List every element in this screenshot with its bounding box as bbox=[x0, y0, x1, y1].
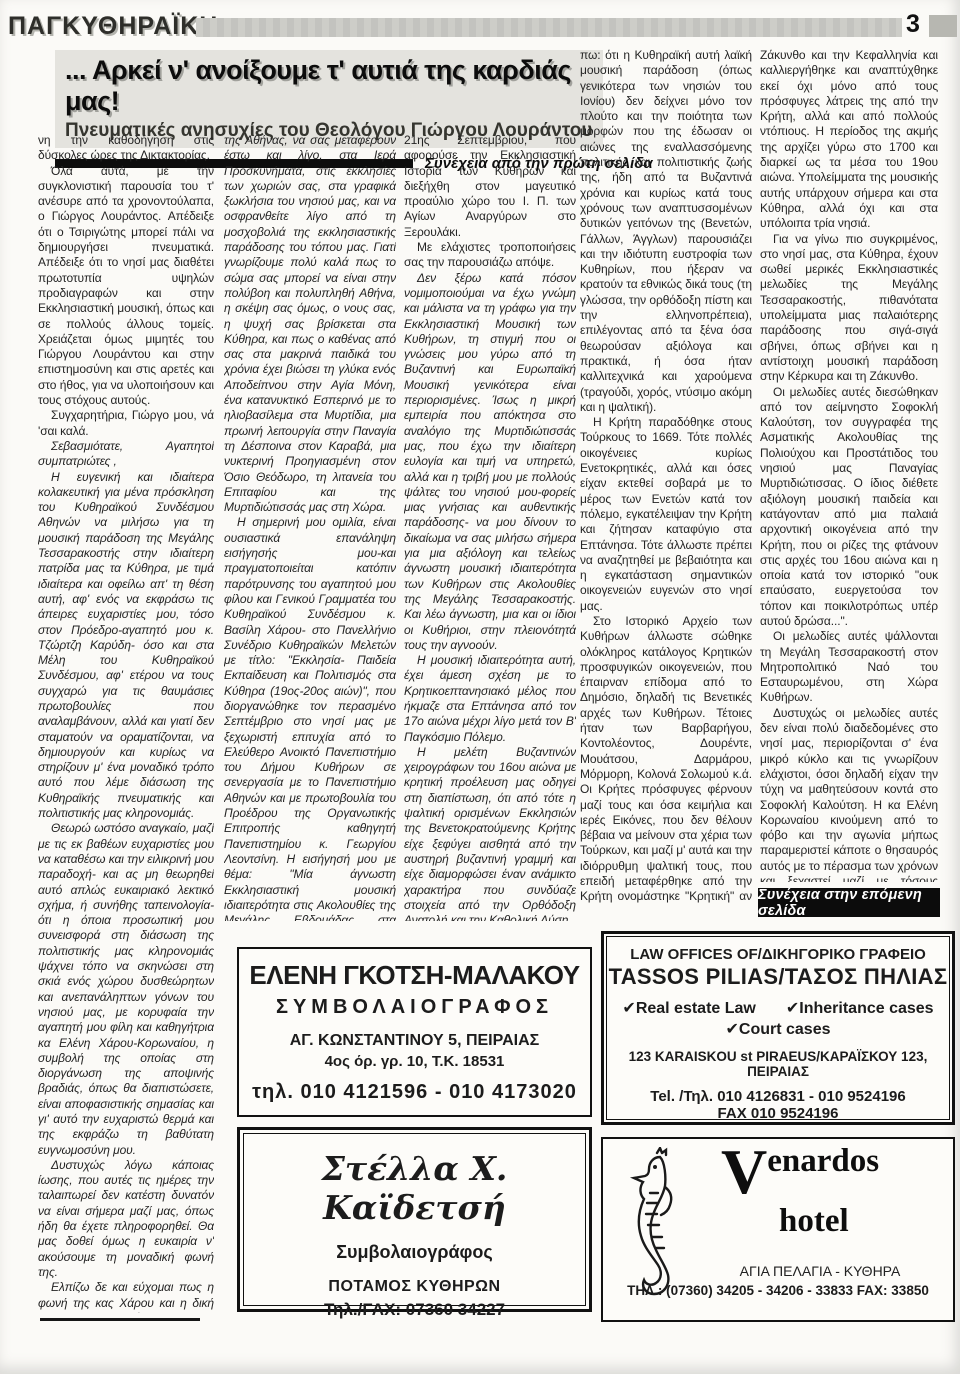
ad-notary-kaidetsi: Στέλλα Χ. Καϊδετσή Συμβολαιογράφος ΠΟΤΑΜ… bbox=[237, 1127, 592, 1312]
check-icon: ✔ bbox=[726, 1021, 739, 1038]
ad-phone: Tel. /Τηλ. 010 4126831 - 010 9524196 bbox=[607, 1088, 949, 1105]
masthead-strip bbox=[196, 18, 902, 37]
article-paragraph: Η σημερινή μου ομιλία, είναι ουσιαστικά … bbox=[224, 515, 396, 921]
advertiser-role: ΣΥΜΒΟΛΑΙΟΓΡΑΦΟΣ bbox=[239, 996, 590, 1019]
article-paragraph: Δεν ξέρω κατά πόσον νομιμοποιούμαι να έχ… bbox=[404, 271, 576, 653]
column-end-rule bbox=[40, 1318, 200, 1321]
article-paragraph: Με ελάχιστες τροποποιήσεις σας την παρου… bbox=[404, 240, 576, 271]
article-paragraph: Θεωρώ ωστόσο αναγκαίο, μαζί με τις εκ βα… bbox=[38, 821, 214, 1158]
ad-inner-frame: Στέλλα Χ. Καϊδετσή Συμβολαιογράφος ΠΟΤΑΜ… bbox=[243, 1133, 586, 1306]
article-paragraph: Ζάκυνθο και την Κεφαλληνία και καλλιεργή… bbox=[760, 48, 938, 232]
article-paragraph: Συγχαρητήρια, Γιώργο μου, νά 'σαι καλά. bbox=[38, 408, 214, 439]
article-column-2: της Αθήνας, να σας μεταφέρουν έστω και λ… bbox=[224, 133, 396, 921]
article-paragraph: Σεβασμιότατε, Αγαπητοί συμπατριώτες , bbox=[38, 439, 214, 470]
continuation-badge: Συνέχεια στην επόμενη σελίδα bbox=[758, 888, 940, 917]
hotel-name-rest: enardos bbox=[767, 1143, 879, 1179]
article-headline: ... Αρκεί ν' ανοίξουμε τ' αυτιά της καρδ… bbox=[65, 55, 593, 117]
check-icon: ✔ bbox=[622, 1000, 635, 1017]
ad-notary-gotsi-malakou: ΕΛΕΝΗ ΓΚΟΤΣΗ-ΜΑΛΑΚΟΥ ΣΥΜΒΟΛΑΙΟΓΡΑΦΟΣ ΑΓ.… bbox=[237, 947, 592, 1117]
advertiser-role: Συμβολαιογράφος bbox=[244, 1242, 585, 1263]
ad-venardos-hotel: Venardos hotel ΑΓΙΑ ΠΕΛΑΓΙΑ - ΚΥΘΗΡΑ ΤΗΛ… bbox=[601, 1137, 955, 1322]
article-paragraph: Οι μελωδίες αυτές διεσώθηκαν από τον αεί… bbox=[760, 385, 938, 630]
article-paragraph: Για να γίνω πιο συγκριμένος, στο νησί μα… bbox=[760, 232, 938, 385]
service-label: Inheritance cases bbox=[799, 1000, 933, 1017]
corner-block bbox=[929, 15, 957, 37]
service-item: ✔Inheritance cases bbox=[786, 998, 934, 1018]
ad-phone: τηλ. 010 4121596 - 010 4173020 bbox=[239, 1081, 590, 1104]
hotel-location: ΑΓΙΑ ΠΕΛΑΓΙΑ - ΚΥΘΗΡΑ bbox=[693, 1263, 947, 1279]
ad-inner-frame: LAW OFFICES OF/ΔΙΚΗΓΟΡΙΚΟ ΓΡΑΦΕΙΟ TASSOS… bbox=[606, 936, 950, 1120]
check-icon: ✔ bbox=[786, 1000, 799, 1017]
article-paragraph: 21ης Σεπτεμβρίου, που αφορούσε την Εκκλη… bbox=[404, 133, 576, 240]
article-column-5: Ζάκυνθο και την Κεφαλληνία και καλλιεργή… bbox=[760, 48, 938, 882]
masthead-logo: ΠΑΓΚΥΘΗΡΑΪΚΗ bbox=[8, 12, 218, 41]
article-paragraph: Η μελέτη Βυζαντινών χειρογράφων του 16ου… bbox=[404, 745, 576, 921]
ad-town: ΠΟΤΑΜΟΣ ΚΥΘΗΡΩΝ bbox=[244, 1278, 585, 1296]
page-number: 3 bbox=[906, 10, 920, 39]
article-paragraph: Η ευγενική και ιδιαίτερα κολακευτική για… bbox=[38, 470, 214, 822]
article-paragraph: πω: ότι η Κυθηραϊκή αυτή λαϊκή μουσική π… bbox=[580, 48, 752, 415]
law-services-row: ✔Real estate Law ✔Inheritance cases bbox=[607, 998, 949, 1018]
article-column-4: πω: ότι η Κυθηραϊκή αυτή λαϊκή μουσική π… bbox=[580, 48, 752, 906]
ad-address-line1: ΑΓ. ΚΩΝΣΤΑΝΤΙΝΟΥ 5, ΠΕΙΡΑΙΑΣ bbox=[239, 1032, 590, 1050]
article-paragraph: Όλα αυτά, με την συγκλονιστική παρουσία … bbox=[38, 164, 214, 409]
ad-address-line2: 4ος όρ. γρ. 10, Τ.Κ. 18531 bbox=[239, 1053, 590, 1070]
hotel-phone: ΤΗΛ.: (07360) 34205 - 34206 - 33833 FAX:… bbox=[603, 1283, 953, 1298]
service-item: ✔Court cases bbox=[607, 1019, 949, 1039]
advertiser-name: TASSOS PILIAS/ΤΑΣΟΣ ΠΗΛΙΑΣ bbox=[607, 964, 949, 990]
article-paragraph: Δυστυχώς λόγω κάποιας ίωσης, που αυτές τ… bbox=[38, 1158, 214, 1280]
hotel-name-initial: V bbox=[721, 1136, 767, 1207]
article-paragraph: Δυστυχώς οι μελωδίες αυτές δεν είναι πολ… bbox=[760, 706, 938, 882]
law-office-heading: LAW OFFICES OF/ΔΙΚΗΓΟΡΙΚΟ ΓΡΑΦΕΙΟ bbox=[607, 946, 949, 963]
article-column-1: νη την καθοδήγηση στις δύσκολες ώρες της… bbox=[38, 133, 214, 1313]
ad-fax: FAX 010 9524196 bbox=[607, 1105, 949, 1122]
article-paragraph: Στο Ιστορικό Αρχείο των Κυθήρων άλλωστε … bbox=[580, 614, 752, 906]
article-paragraph: Ελπίζω δε και εύχομαι πως η φωνή της κας… bbox=[38, 1280, 214, 1313]
hotel-name: Venardos bbox=[721, 1143, 879, 1201]
service-label: Real estate Law bbox=[636, 1000, 756, 1017]
article-column-3: 21ης Σεπτεμβρίου, που αφορούσε την Εκκλη… bbox=[404, 133, 576, 921]
advertiser-name: ΕΛΕΝΗ ΓΚΟΤΣΗ-ΜΑΛΑΚΟΥ bbox=[239, 960, 590, 991]
service-label: Court cases bbox=[739, 1021, 831, 1038]
article-paragraph: της Αθήνας, να σας μεταφέρουν έστω και λ… bbox=[224, 133, 396, 515]
article-paragraph: νη την καθοδήγηση στις δύσκολες ώρες της… bbox=[38, 133, 214, 164]
hotel-name-line2: hotel bbox=[779, 1203, 849, 1240]
ad-phone: Τηλ./FAX: 07360 34227 bbox=[244, 1300, 585, 1320]
ad-law-office-pilias: LAW OFFICES OF/ΔΙΚΗΓΟΡΙΚΟ ΓΡΑΦΕΙΟ TASSOS… bbox=[601, 931, 955, 1125]
newspaper-page: ΠΑΓΚΥΘΗΡΑΪΚΗ 3 ... Αρκεί ν' ανοίξουμε τ'… bbox=[0, 0, 960, 1374]
advertiser-name: Στέλλα Χ. Καϊδετσή bbox=[244, 1149, 585, 1227]
article-paragraph: Η μουσική ιδιαιτερότητα αυτή, έχει άμεση… bbox=[404, 653, 576, 745]
ad-address: 123 KARAISKOU st PIRAEUS/ΚΑΡΑΪΣΚΟΥ 123, … bbox=[607, 1049, 949, 1079]
article-paragraph: Οι μελωδίες αυτές ψάλλονται τη Μεγάλη Τε… bbox=[760, 629, 938, 705]
article-paragraph: Η Κρήτη παραδόθηκε στους Τούρκους το 166… bbox=[580, 415, 752, 614]
service-item: ✔Real estate Law bbox=[622, 998, 755, 1018]
